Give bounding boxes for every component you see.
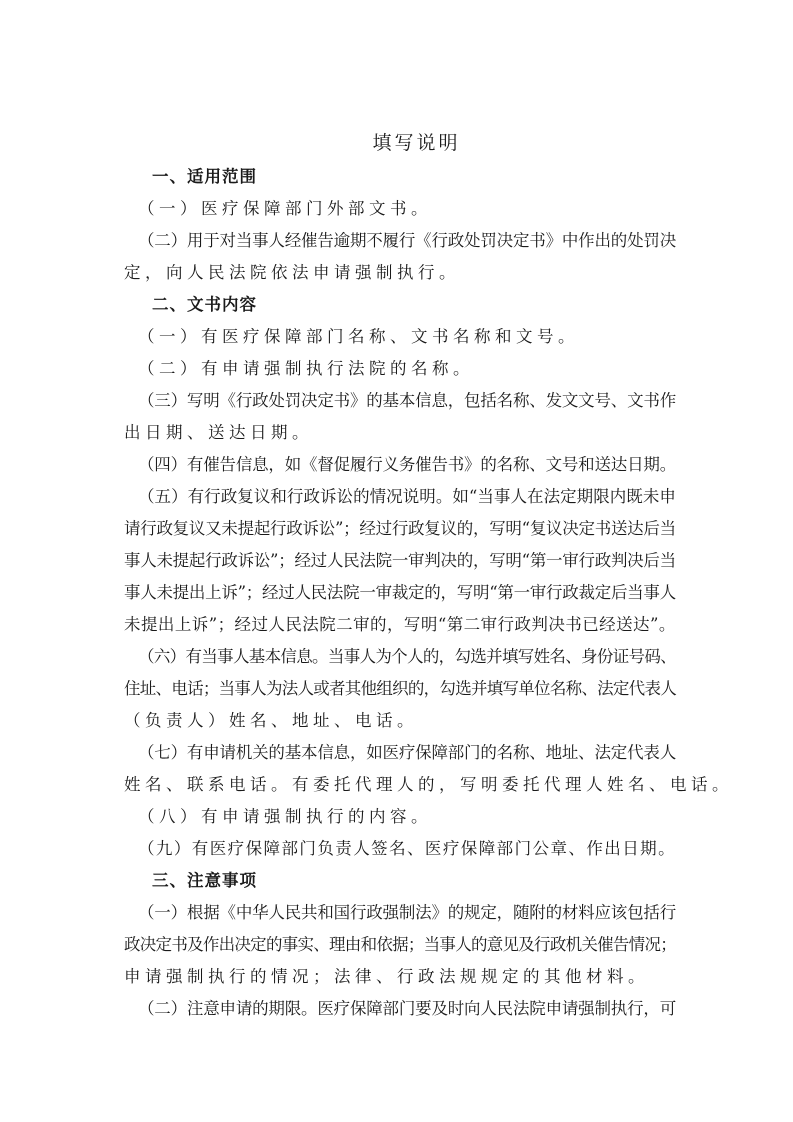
document-page: 填写说明 一、适用范围（一）医疗保障部门外部文书。（二）用于对当事人经催告逾期不…: [0, 0, 793, 1122]
paragraph-line: 未提出上诉”；经过人民法院二审的，写明“第二审行政判决书已经送达”。: [124, 614, 676, 636]
paragraph-line: （二）有申请强制执行法院的名称。: [138, 358, 474, 380]
paragraph-line: 事人未提出上诉”；经过人民法院一审裁定的，写明“第一审行政裁定后当事人: [124, 582, 676, 604]
paragraph-line: 申请强制执行的情况；法律、行政法规规定的其他材料。: [124, 966, 649, 988]
paragraph-line: （四）有催告信息，如《督促履行义务催告书》的名称、文号和送达日期。: [138, 454, 676, 476]
paragraph-line: 事人未提起行政诉讼”；经过人民法院一审判决的，写明“第一审行政判决后当: [124, 550, 676, 572]
paragraph-line: （八）有申请强制执行的内容。: [138, 806, 432, 828]
paragraph-line: （一）有医疗保障部门名称、文书名称和文号。: [138, 326, 579, 348]
section-heading: 二、文书内容: [152, 294, 257, 316]
section-heading: 一、适用范围: [152, 166, 257, 188]
paragraph-line: （负责人）姓名、地址、电话。: [124, 710, 418, 732]
paragraph-line: 定，向人民法院依法申请强制执行。: [124, 262, 460, 284]
paragraph-line: （九）有医疗保障部门负责人签名、医疗保障部门公章、作出日期。: [138, 838, 676, 860]
paragraph-line: （七）有申请机关的基本信息，如医疗保障部门的名称、地址、法定代表人: [138, 742, 676, 764]
paragraph-line: 请行政复议又未提起行政诉讼”；经过行政复议的，写明“复议决定书送达后当: [124, 518, 676, 540]
paragraph-line: 政决定书及作出决定的事实、理由和依据；当事人的意见及行政机关催告情况；: [124, 934, 676, 956]
section-heading: 三、注意事项: [152, 870, 257, 892]
paragraph-line: （五）有行政复议和行政诉讼的情况说明。如“当事人在法定期限内既未申: [138, 486, 676, 508]
paragraph-line: （三）写明《行政处罚决定书》的基本信息，包括名称、发文文号、文书作: [138, 390, 676, 412]
paragraph-line: （一）医疗保障部门外部文书。: [138, 198, 432, 220]
page-title: 填写说明: [0, 128, 793, 155]
paragraph-line: 出日期、送达日期。: [124, 422, 313, 444]
paragraph-line: （二）注意申请的期限。医疗保障部门要及时向人民法院申请强制执行，可: [138, 998, 676, 1020]
paragraph-line: （六）有当事人基本信息。当事人为个人的，勾选并填写姓名、身份证号码、: [138, 646, 676, 668]
paragraph-line: 姓名、联系电话。有委托代理人的，写明委托代理人姓名、电话。: [124, 774, 733, 796]
paragraph-line: （一）根据《中华人民共和国行政强制法》的规定，随附的材料应该包括行: [138, 902, 676, 924]
paragraph-line: 住址、电话；当事人为法人或者其他组织的，勾选并填写单位名称、法定代表人: [124, 678, 676, 700]
paragraph-line: （二）用于对当事人经催告逾期不履行《行政处罚决定书》中作出的处罚决: [138, 230, 676, 252]
